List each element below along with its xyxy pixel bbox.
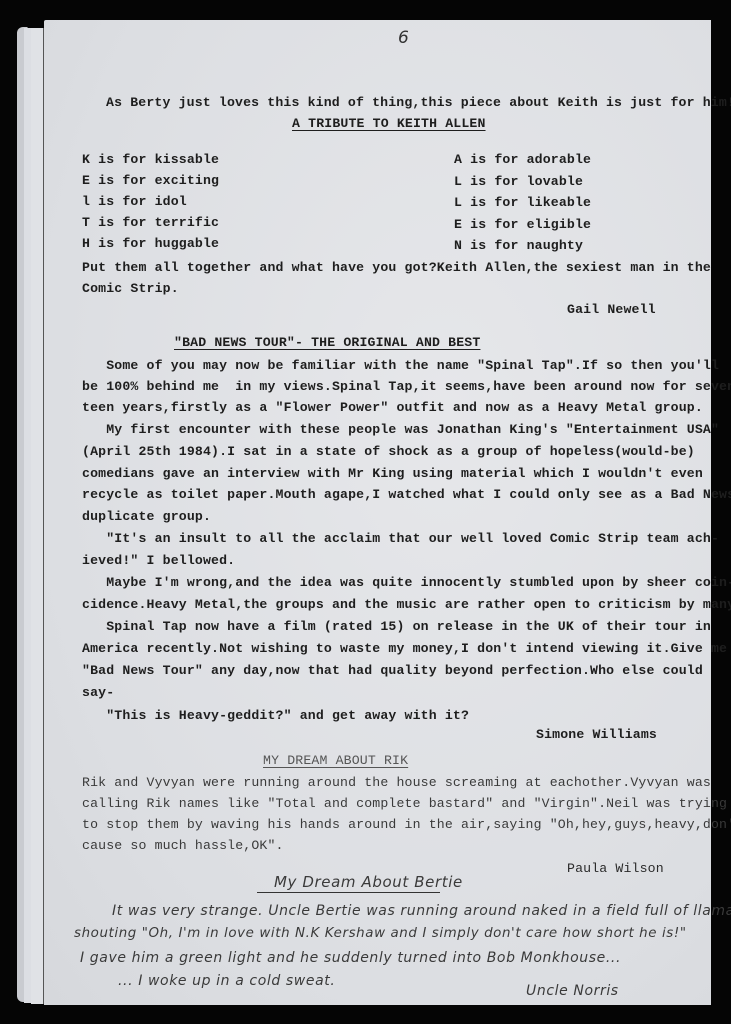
acrostic-line: E is for eligible — [454, 217, 591, 232]
paragraph-line: Some of you may now be familiar with the… — [82, 358, 719, 373]
acrostic-line: K is for kissable — [82, 152, 219, 167]
paragraph-line: Spinal Tap now have a film (rated 15) on… — [82, 619, 711, 634]
paragraph-line: cause so much hassle,OK". — [82, 838, 284, 853]
paragraph-line: to stop them by waving his hands around … — [82, 817, 731, 832]
page-number: 6 — [398, 28, 409, 48]
handwritten-line: I gave him a green light and he suddenly… — [80, 950, 621, 966]
tribute-closing: Put them all together and what have you … — [82, 260, 711, 275]
paragraph-line: cidence.Heavy Metal,the groups and the m… — [82, 597, 731, 612]
paragraph-line: "Bad News Tour" any day,now that had qua… — [82, 663, 703, 678]
author-signature: Paula Wilson — [567, 861, 664, 876]
paragraph-line: "This is Heavy-geddit?" and get away wit… — [82, 708, 469, 723]
paragraph-line: My first encounter with these people was… — [82, 422, 719, 437]
acrostic-line: H is for huggable — [82, 236, 219, 251]
intro-text: As Berty just loves this kind of thing,t… — [106, 95, 731, 110]
document-page: 6 As Berty just loves this kind of thing… — [44, 20, 711, 1005]
paragraph-line: teen years,firstly as a "Flower Power" o… — [82, 400, 703, 415]
handwritten-line: ... I woke up in a cold sweat. — [118, 973, 335, 989]
tribute-title: A TRIBUTE TO KEITH ALLEN — [292, 116, 486, 131]
paragraph-line: "It's an insult to all the acclaim that … — [82, 531, 719, 546]
rik-title: MY DREAM ABOUT RIK — [263, 753, 408, 768]
bertie-title: My Dream About Bertie — [274, 873, 463, 891]
acrostic-line: T is for terrific — [82, 215, 219, 230]
acrostic-line: L is for likeable — [454, 195, 591, 210]
bad-news-title: "BAD NEWS TOUR"- THE ORIGINAL AND BEST — [174, 335, 480, 350]
author-signature: Simone Williams — [536, 727, 657, 742]
paragraph-line: duplicate group. — [82, 509, 211, 524]
paragraph-line: calling Rik names like "Total and comple… — [82, 796, 727, 811]
tribute-closing: Comic Strip. — [82, 281, 179, 296]
paragraph-line: Maybe I'm wrong,and the idea was quite i… — [82, 575, 731, 590]
paragraph-line: America recently.Not wishing to waste my… — [82, 641, 727, 656]
paragraph-line: be 100% behind me in my views.Spinal Tap… — [82, 379, 731, 394]
author-signature: Gail Newell — [567, 302, 656, 317]
handwritten-line: shouting "Oh, I'm in love with N.K Kersh… — [74, 926, 687, 941]
handwritten-line: It was very strange. Uncle Bertie was ru… — [112, 903, 731, 919]
paragraph-line: (April 25th 1984).I sat in a state of sh… — [82, 444, 695, 459]
paragraph-line: ieved!" I bellowed. — [82, 553, 235, 568]
paragraph-line: say- — [82, 685, 114, 700]
title-underline — [257, 892, 440, 893]
page-stack-edge — [31, 28, 44, 1004]
acrostic-line: N is for naughty — [454, 238, 583, 253]
paragraph-line: recycle as toilet paper.Mouth agape,I wa… — [82, 487, 731, 502]
acrostic-line: A is for adorable — [454, 152, 591, 167]
acrostic-line: E is for exciting — [82, 173, 219, 188]
paragraph-line: comedians gave an interview with Mr King… — [82, 466, 703, 481]
acrostic-line: l is for idol — [82, 194, 187, 209]
paragraph-line: Rik and Vyvyan were running around the h… — [82, 775, 711, 790]
acrostic-line: L is for lovable — [454, 174, 583, 189]
author-signature: Uncle Norris — [526, 983, 619, 999]
